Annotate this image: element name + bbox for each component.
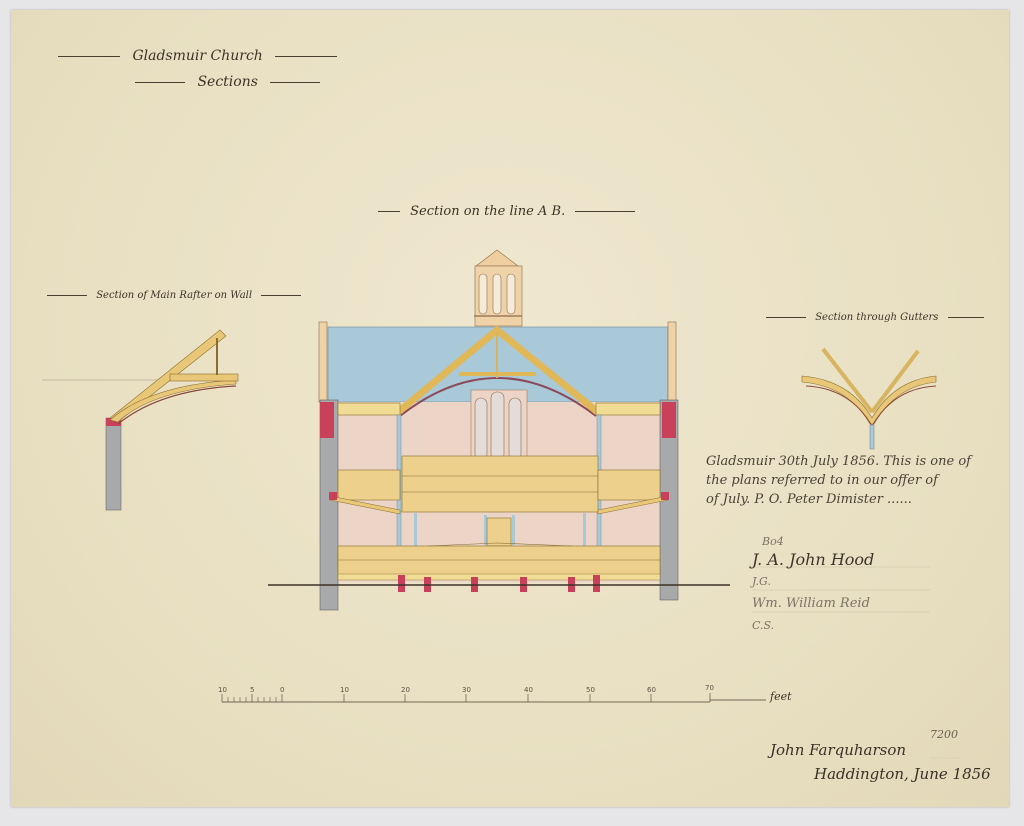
scale-tick-label: 10 <box>340 686 349 694</box>
place-date: Haddington, June 1856 <box>814 762 991 786</box>
arched-window <box>471 390 527 460</box>
witness-signature: Bo4 <box>762 535 874 549</box>
scale-bar <box>222 693 766 702</box>
church-cross-section <box>268 250 730 610</box>
catalogue-number: 7200 <box>930 728 958 741</box>
architect-name: John Farquharson <box>770 738 991 762</box>
note-line: the plans referred to in our offer of <box>706 471 996 490</box>
scale-tick-label: 40 <box>524 686 533 694</box>
scale-tick-label: 50 <box>586 686 595 694</box>
scale-tick-label: 10 <box>218 686 227 694</box>
witness-signature: J. A. John Hood <box>752 549 874 571</box>
witness-signature: Wm. William Reid <box>752 593 874 615</box>
witness-signature: C.S. <box>752 615 874 637</box>
gutter-section-detail <box>802 349 936 449</box>
note-line: of July. P. O. Peter Dimister ...... <box>706 490 996 509</box>
witness-signatures: Bo4 J. A. John Hood J.G. Wm. William Rei… <box>752 535 874 637</box>
scale-tick-label: 20 <box>401 686 410 694</box>
note-line: Gladsmuir 30th July 1856. This is one of <box>706 452 996 471</box>
scale-tick-label: 5 <box>250 686 254 694</box>
belfry-lantern <box>474 250 522 326</box>
scale-tick-label: 70 <box>705 684 714 692</box>
rafter-on-wall-detail <box>42 330 238 510</box>
architectural-drawing <box>0 0 1024 826</box>
scale-tick-label: 60 <box>647 686 656 694</box>
scale-unit-label: feet <box>770 690 792 703</box>
scale-tick-label: 0 <box>280 686 284 694</box>
approval-note: Gladsmuir 30th July 1856. This is one of… <box>706 452 996 509</box>
scale-tick-label: 30 <box>462 686 471 694</box>
ground-floor-pews <box>338 543 660 580</box>
architect-signature: John Farquharson Haddington, June 1856 <box>770 738 991 786</box>
witness-signature: J.G. <box>752 571 874 593</box>
